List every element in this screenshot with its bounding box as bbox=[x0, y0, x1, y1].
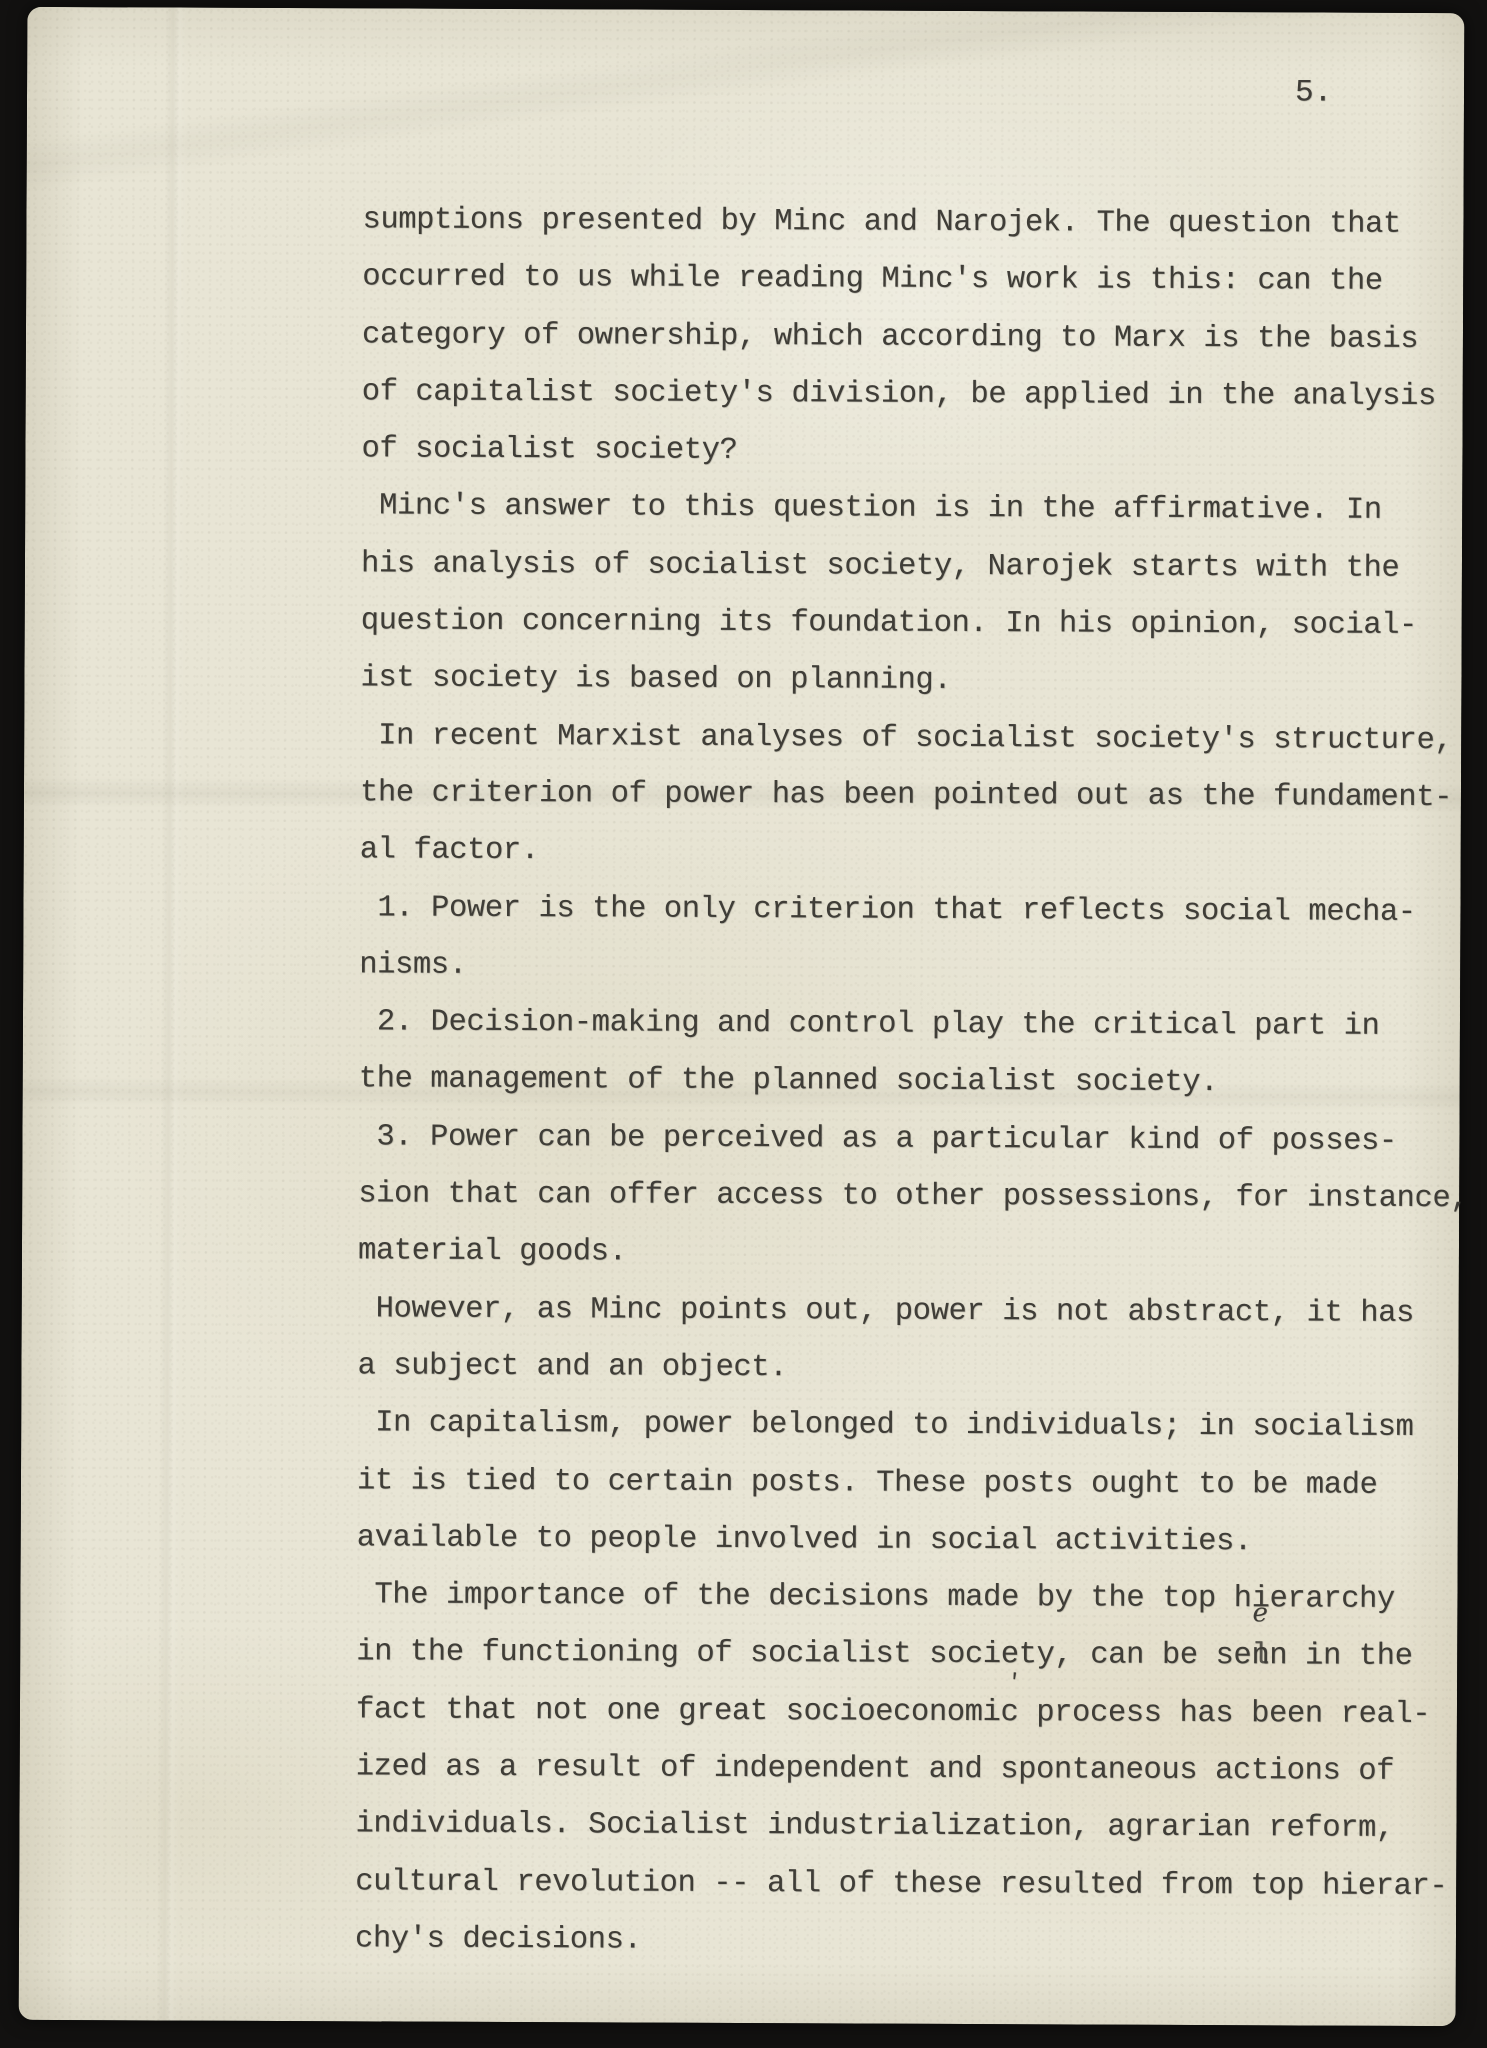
typewritten-line: ized as a result of independent and spon… bbox=[356, 1739, 1466, 1801]
typewritten-line: al factor. bbox=[360, 823, 1470, 885]
typewritten-text: sumptions presented by Minc and Narojek.… bbox=[355, 192, 1473, 1973]
typewritten-line: the management of the planned socialist … bbox=[359, 1052, 1469, 1114]
typewritten-line: sion that can offer access to other poss… bbox=[358, 1166, 1468, 1228]
typewritten-line: In recent Marxist analyses of socialist … bbox=[360, 708, 1470, 770]
typewritten-line: of socialist society? bbox=[361, 422, 1471, 484]
typewritten-line: category of ownership, which according t… bbox=[362, 307, 1472, 369]
typewritten-line: Minc's answer to this question is in the… bbox=[361, 479, 1471, 541]
typewritten-line: 2. Decision-making and control play the … bbox=[359, 994, 1469, 1056]
typewritten-line: 1. Power is the only criterion that refl… bbox=[359, 880, 1469, 942]
typewritten-line: the criterion of power has been pointed … bbox=[360, 765, 1470, 827]
typewritten-line: cultural revolution -- all of these resu… bbox=[355, 1854, 1465, 1916]
typewritten-line: his analysis of socialist society, Naroj… bbox=[361, 536, 1471, 598]
typewritten-line: occurred to us while reading Minc's work… bbox=[362, 250, 1472, 312]
typewritten-line: The importance of the decisions made by … bbox=[356, 1567, 1466, 1629]
page-number: 5. bbox=[1295, 74, 1332, 111]
typewritten-line: in the functioning of socialist society,… bbox=[356, 1625, 1466, 1687]
typewritten-line: material goods. bbox=[358, 1224, 1468, 1286]
typewritten-line: question concerning its foundation. In h… bbox=[361, 593, 1471, 655]
typewritten-line: sumptions presented by Minc and Narojek.… bbox=[362, 192, 1472, 254]
typewritten-line: However, as Minc points out, power is no… bbox=[358, 1281, 1468, 1343]
typewritten-line: of capitalist society's division, be app… bbox=[362, 364, 1472, 426]
typewritten-line: In capitalism, power belonged to individ… bbox=[357, 1396, 1467, 1458]
typewritten-line: a subject and an object. bbox=[357, 1338, 1467, 1400]
typewritten-line: fact that not one great socioeconomic' p… bbox=[356, 1682, 1466, 1744]
typewritten-line: it is tied to certain posts. These posts… bbox=[357, 1453, 1467, 1515]
overstruck-character: nle bbox=[1251, 1629, 1269, 1686]
typewritten-line: ist society is based on planning. bbox=[360, 651, 1470, 713]
typewritten-line: 3. Power can be perceived as a particula… bbox=[358, 1109, 1468, 1171]
document-page: 5. sumptions presented by Minc and Naroj… bbox=[19, 7, 1465, 2026]
scan-background: 5. sumptions presented by Minc and Naroj… bbox=[0, 0, 1487, 2048]
typewritten-line: available to people involved in social a… bbox=[357, 1510, 1467, 1572]
typewritten-line: individuals. Socialist industrialization… bbox=[355, 1797, 1465, 1859]
typewritten-line: chy's decisions. bbox=[355, 1911, 1465, 1973]
typewritten-line: nisms. bbox=[359, 937, 1469, 999]
overstruck-character: c' bbox=[1000, 1685, 1018, 1742]
